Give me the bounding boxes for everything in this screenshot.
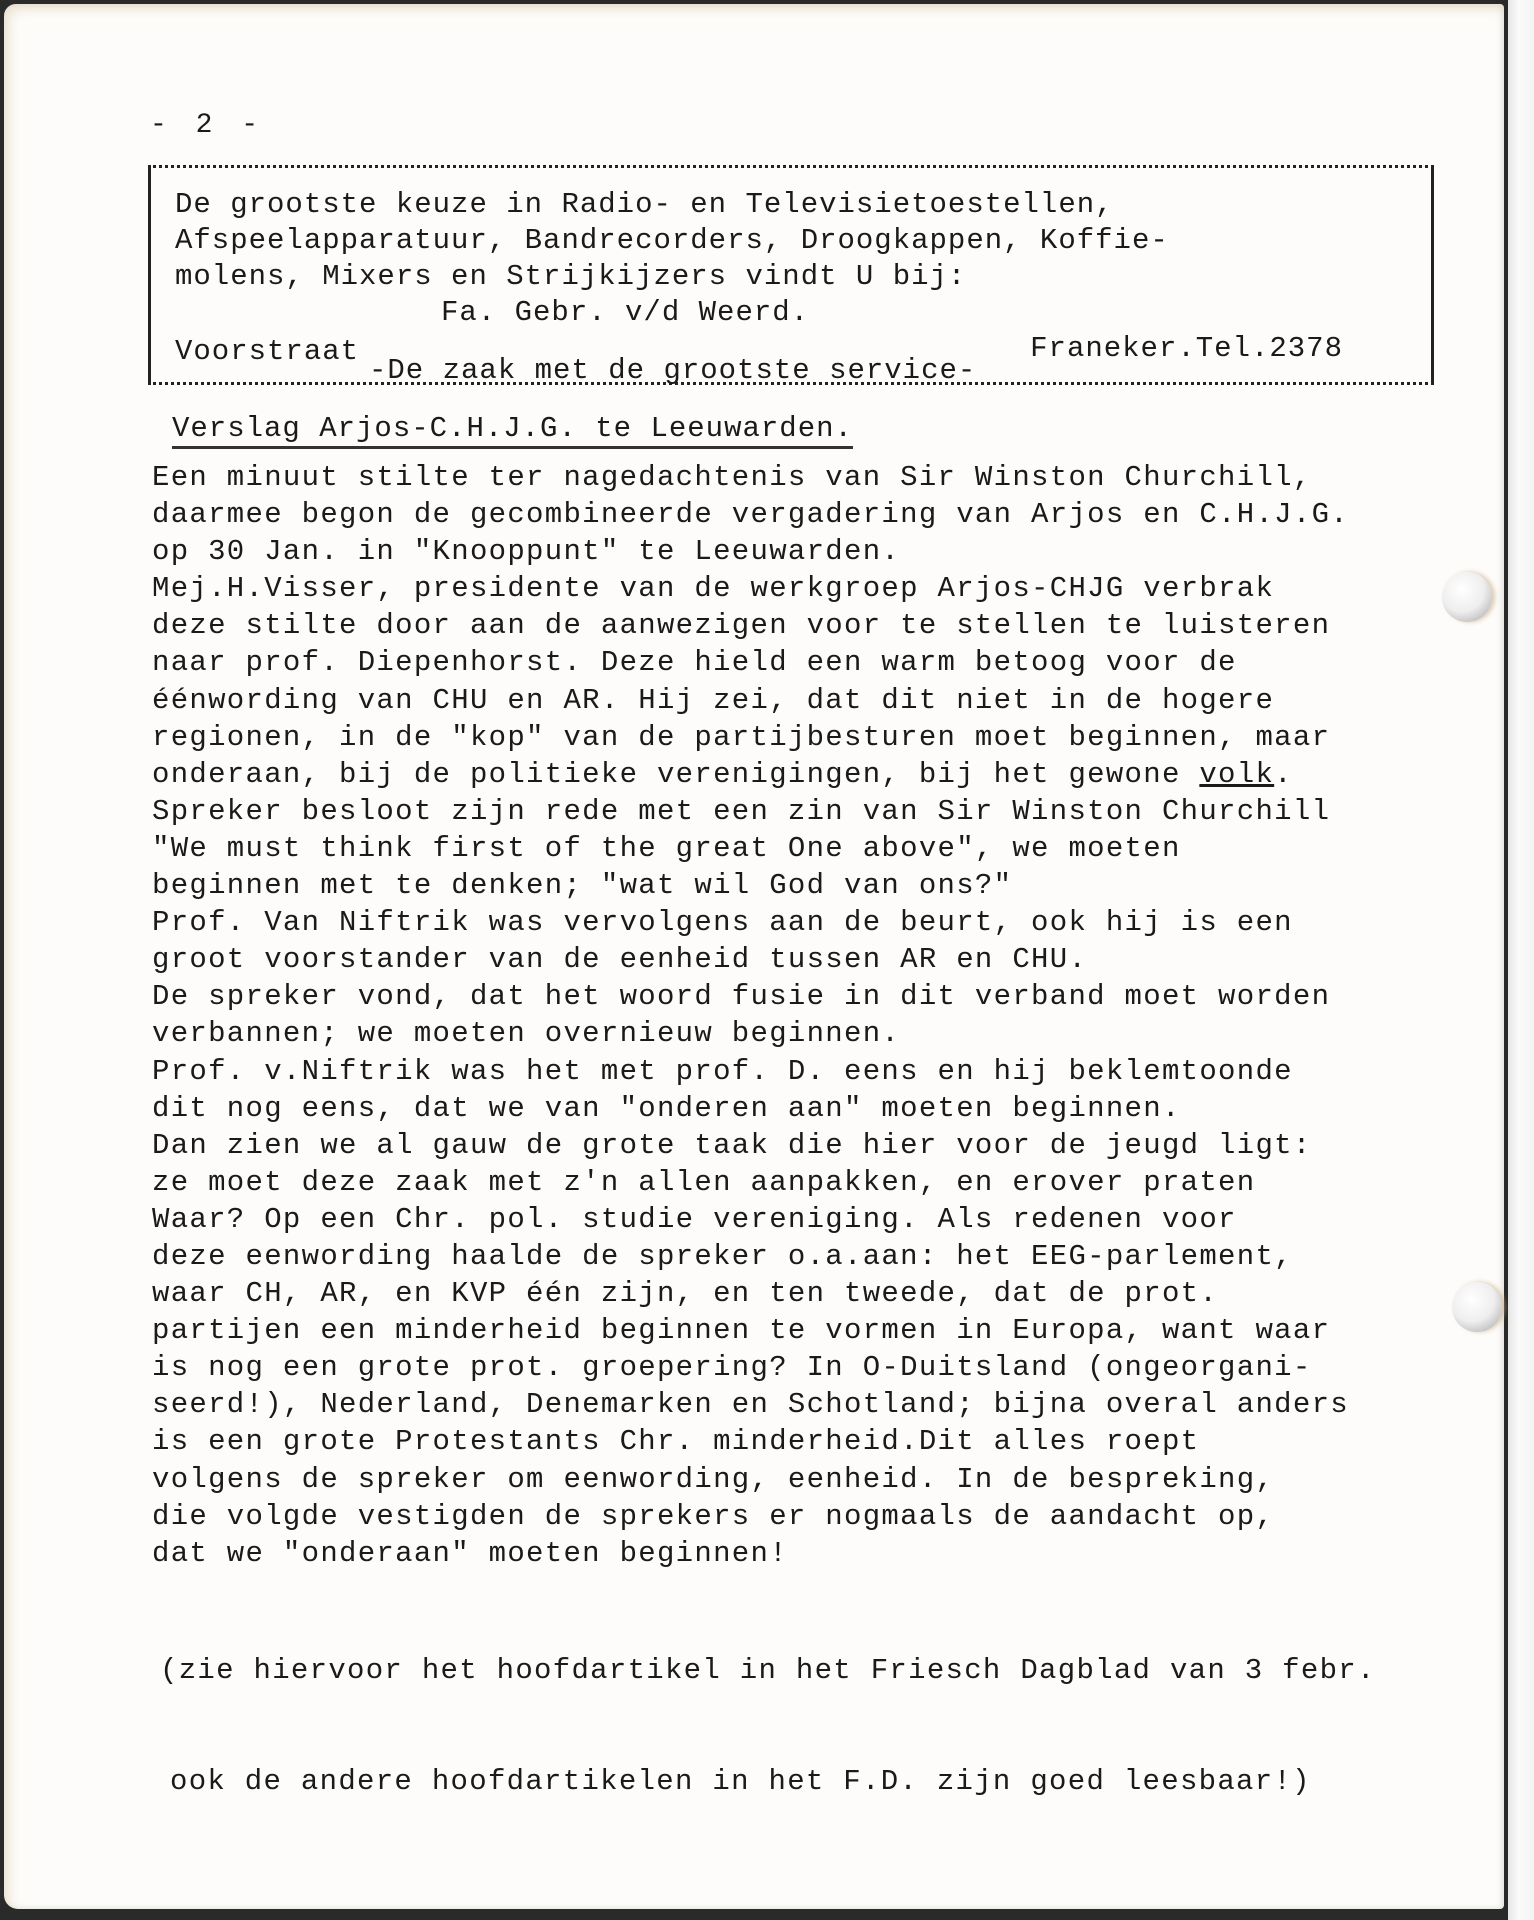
punctuation: . [1274, 758, 1293, 791]
article-line: ze moet deze zaak met z'n allen aanpakke… [152, 1164, 1349, 1201]
article-line: die volgde vestigden de sprekers er nogm… [152, 1498, 1349, 1535]
article-line: Mej.H.Visser, presidente van de werkgroe… [152, 570, 1349, 607]
article-line: onderaan, bij de politieke verenigingen,… [152, 756, 1349, 793]
note-line: ook de andere hoofdartikelen in het F.D.… [160, 1763, 1376, 1800]
ad-line: molens, Mixers en Strijkijzers vindt U b… [175, 260, 966, 293]
article-line: Prof. Van Niftrik was vervolgens aan de … [152, 904, 1349, 941]
article-line: op 30 Jan. in "Knooppunt" te Leeuwarden. [152, 533, 1349, 570]
article-note: (zie hiervoor het hoofdartikel in het Fr… [160, 1578, 1376, 1837]
page-edge [1508, 0, 1534, 1920]
ad-city-phone: Franeker.Tel.2378 [1030, 332, 1343, 365]
article-line: Waar? Op een Chr. pol. studie vereniging… [152, 1201, 1349, 1238]
article-line: regionen, in de "kop" van de partijbestu… [152, 719, 1349, 756]
article-line: Prof. v.Niftrik was het met prof. D. een… [152, 1053, 1349, 1090]
article-line: deze stilte door aan de aanwezigen voor … [152, 607, 1349, 644]
article-line: groot voorstander van de eenheid tussen … [152, 941, 1349, 978]
article-line: is een grote Protestants Chr. minderheid… [152, 1423, 1349, 1460]
article-line: dat we "onderaan" moeten beginnen! [152, 1535, 1349, 1572]
ad-slogan: -De zaak met de grootste service- [369, 354, 976, 387]
punch-hole [1442, 572, 1492, 622]
punch-hole [1452, 1282, 1502, 1332]
article-line: seerd!), Nederland, Denemarken en Schotl… [152, 1386, 1349, 1423]
article-line: Dan zien we al gauw de grote taak die hi… [152, 1127, 1349, 1164]
article-line: deze eenwording haalde de spreker o.a.aa… [152, 1238, 1349, 1275]
article-line: De spreker vond, dat het woord fusie in … [152, 978, 1349, 1015]
article-line: is nog een grote prot. groepering? In O-… [152, 1349, 1349, 1386]
ad-line: De grootste keuze in Radio- en Televisie… [175, 188, 1114, 221]
article-line: waar CH, AR, en KVP één zijn, en ten twe… [152, 1275, 1349, 1312]
page-number: - 2 - [150, 110, 264, 141]
article-line: "We must think first of the great One ab… [152, 830, 1349, 867]
ad-company-name: Fa. Gebr. v/d Weerd. [441, 296, 809, 329]
article-line: volgens de spreker om eenwording, eenhei… [152, 1461, 1349, 1498]
ad-line: Afspeelapparatuur, Bandrecorders, Droogk… [175, 224, 1169, 257]
article-line: Spreker besloot zijn rede met een zin va… [152, 793, 1349, 830]
article-line: beginnen met te denken; "wat wil God van… [152, 867, 1349, 904]
article-title: Verslag Arjos-C.H.J.G. te Leeuwarden. [172, 412, 853, 449]
article-line-text: onderaan, bij de politieke verenigingen,… [152, 758, 1199, 791]
note-line: (zie hiervoor het hoofdartikel in het Fr… [160, 1652, 1376, 1689]
article-line: verbannen; we moeten overnieuw beginnen. [152, 1015, 1349, 1052]
underlined-word: volk [1199, 758, 1274, 791]
article-line: éénwording van CHU en AR. Hij zei, dat d… [152, 682, 1349, 719]
ad-street: Voorstraat [175, 335, 359, 368]
article-line: partijen een minderheid beginnen te vorm… [152, 1312, 1349, 1349]
article-line: dit nog eens, dat we van "onderen aan" m… [152, 1090, 1349, 1127]
article-line: naar prof. Diepenhorst. Deze hield een w… [152, 644, 1349, 681]
article-line: Een minuut stilte ter nagedachtenis van … [152, 459, 1349, 496]
advertisement-box: De grootste keuze in Radio- en Televisie… [148, 165, 1434, 385]
article-body: Een minuut stilte ter nagedachtenis van … [152, 459, 1349, 1572]
article-line: daarmee begon de gecombineerde vergaderi… [152, 496, 1349, 533]
